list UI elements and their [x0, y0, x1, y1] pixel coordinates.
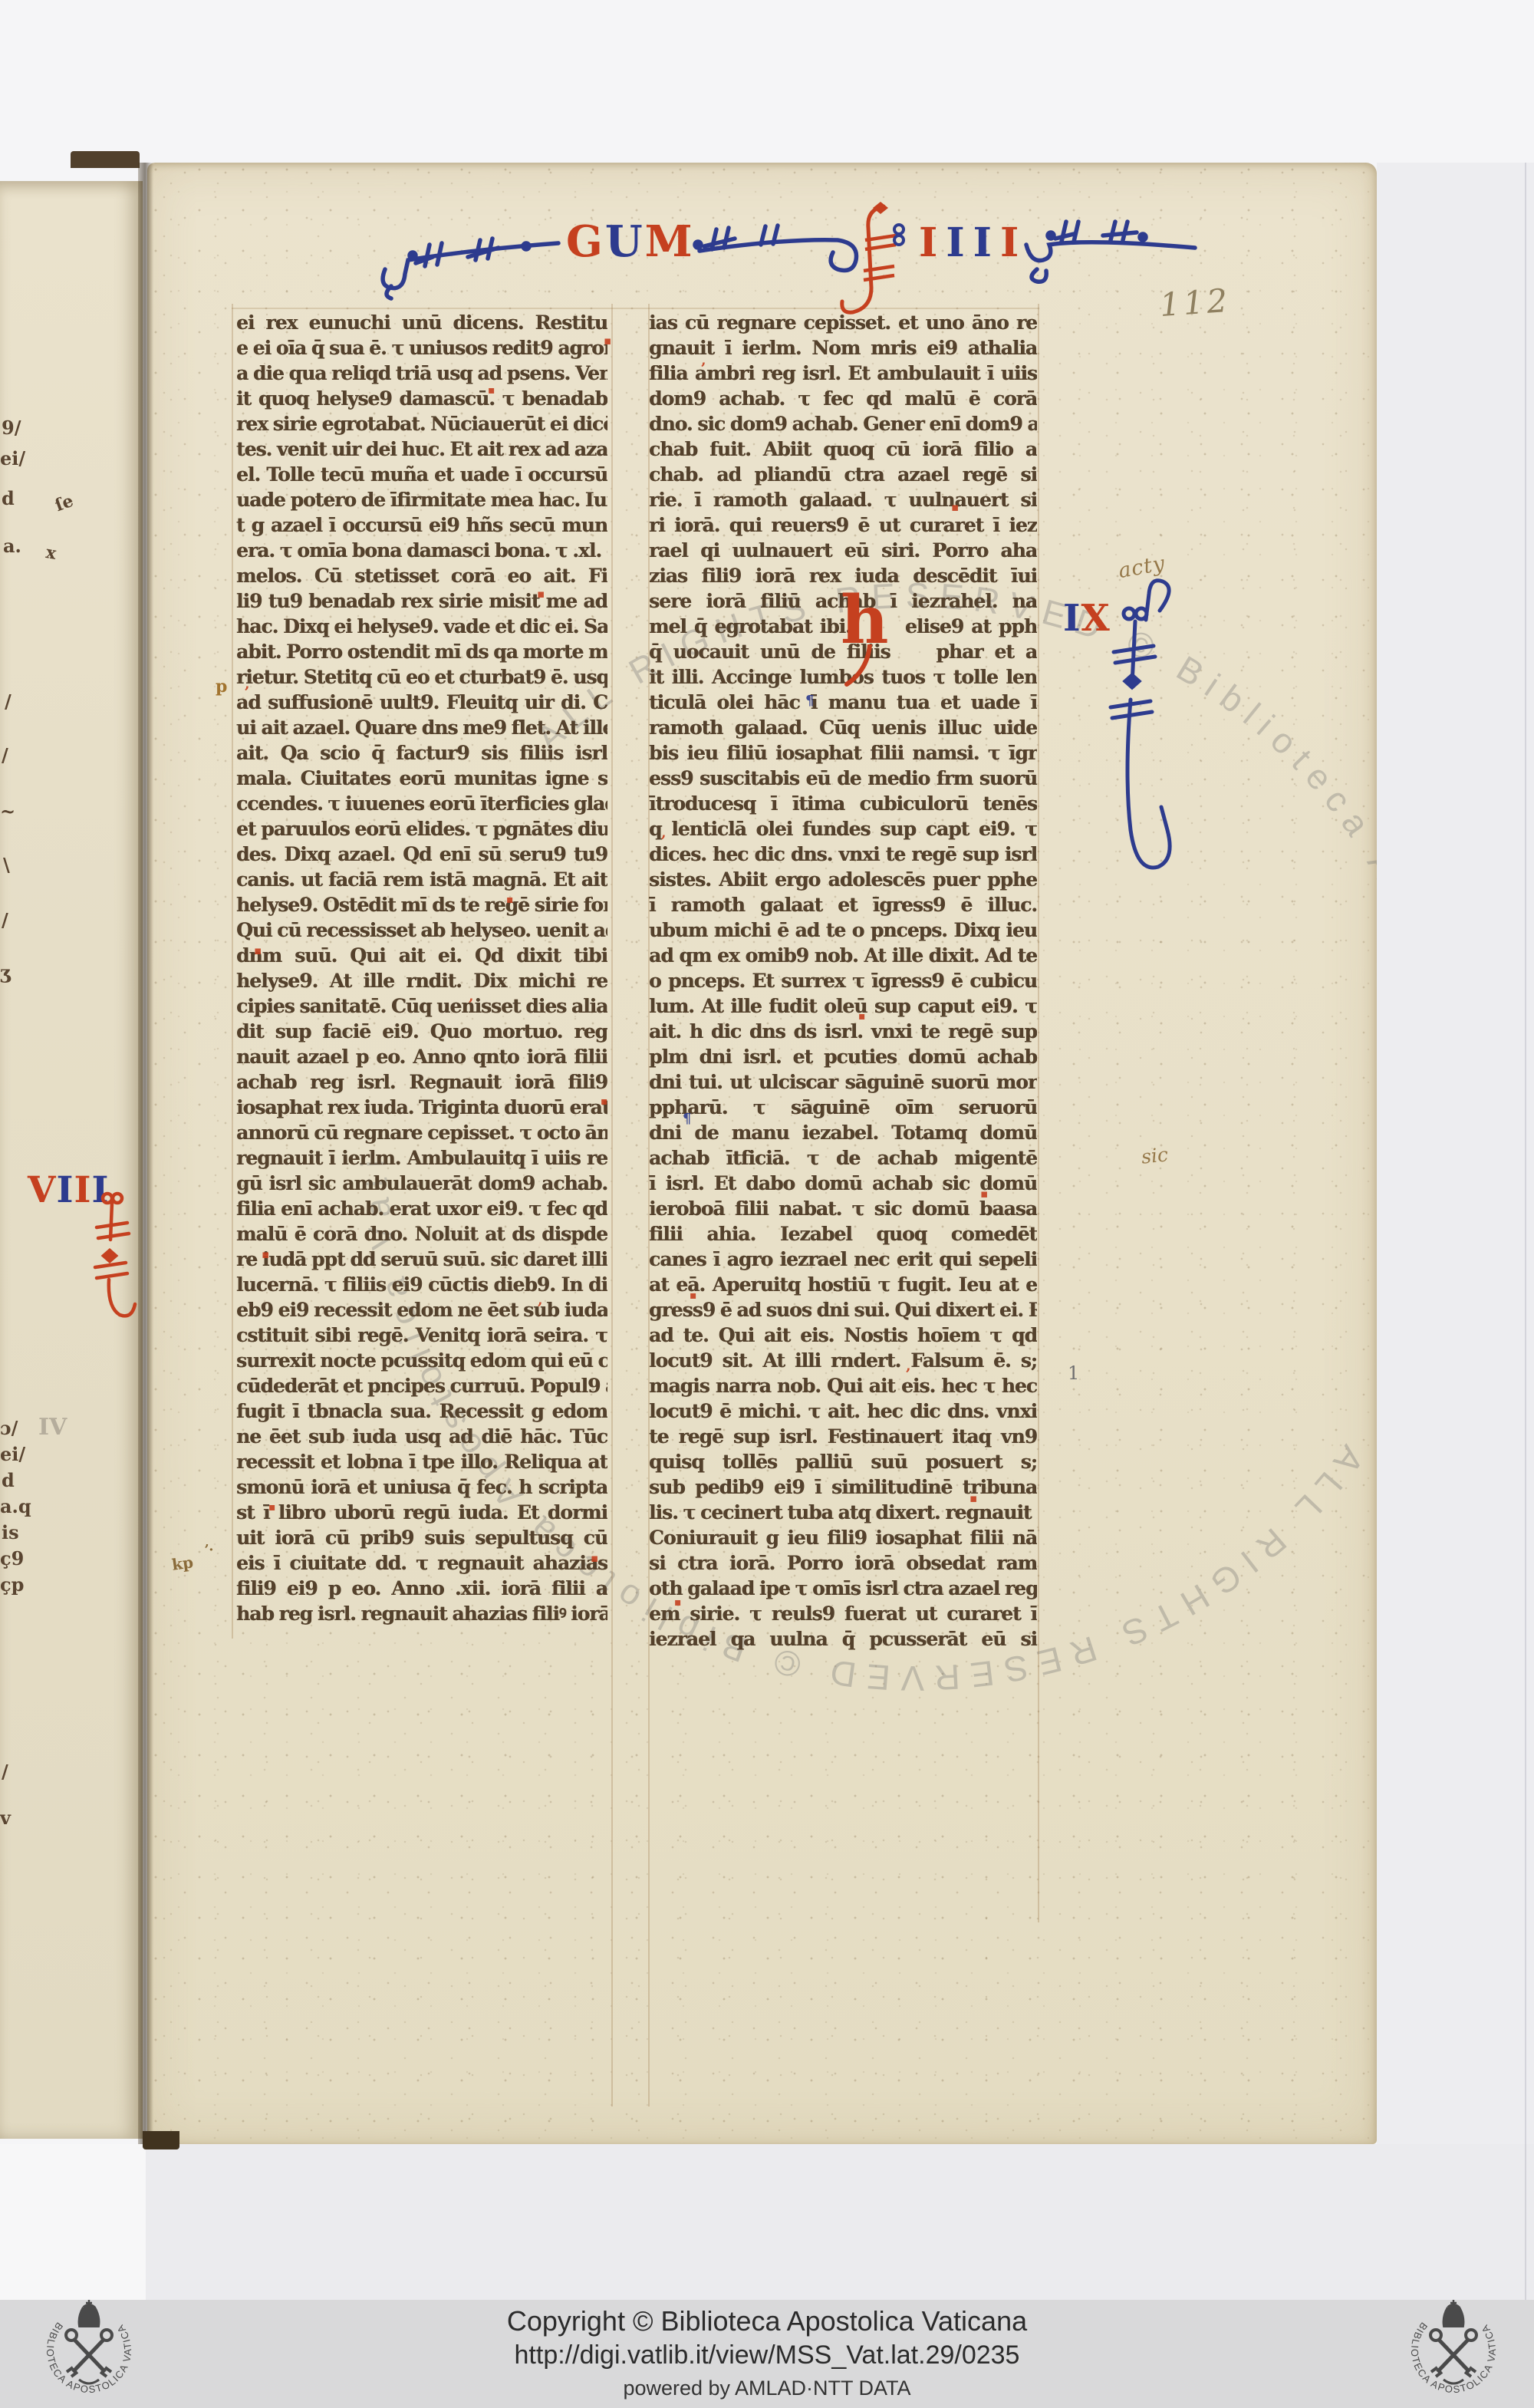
manuscript-text-line: melos. Cū stetisset corā eo ait. Fi	[236, 563, 607, 588]
manuscript-text-line: cūdederāt et pncipes curruū. Popul9 at	[236, 1373, 607, 1398]
manuscript-text-line: em sirie. τ reuls9 fuerat ut curaret ī	[649, 1601, 1037, 1626]
manuscript-text-line: canis. ut faciā rem istā magnā. Et ait	[236, 867, 607, 892]
manuscript-text-line: ad suffusionē uult9. Fleuitq uir di. C	[236, 690, 607, 715]
manuscript-text-line: ei rex eunuchi unū dicens. Restitu	[236, 310, 607, 335]
manuscript-text-line: uade potero de īfirmitate mea hac. Iui	[236, 487, 607, 512]
numeral-letter: I	[56, 1169, 74, 1211]
manuscript-text-line: dno. sic dom9 achab. Gener enī dom9 a	[649, 411, 1037, 436]
manuscript-text-line: achab reg isrl. Regnauit iorā fili9	[236, 1069, 607, 1095]
manuscript-text-line: filia enī achab. erat uxor ei9. τ fec qd	[236, 1196, 607, 1221]
manuscript-text-line: lum. At ille fudit oleū sup caput ei9. τ	[649, 993, 1037, 1019]
initial-h-descender	[844, 644, 877, 693]
manuscript-text-line: chab. ad pliandū ctra azael regē si	[649, 462, 1037, 487]
numeral-letter: V	[28, 1169, 56, 1211]
manuscript-text-line: ad te. Qui ait eis. Nostis hoīem τ qd	[649, 1323, 1037, 1348]
text-column-2: ias cū regnare cepisset. et uno āno regn…	[649, 310, 1037, 1652]
manuscript-text-line: achab ītficiā. τ de achab migentē	[649, 1145, 1037, 1171]
manuscript-text-line: canes ī agro iezrael nec erit qui sepeli	[649, 1247, 1037, 1272]
ruling-line	[1038, 304, 1039, 1922]
manuscript-text-line: annorū cū regnare cepisset. τ octo ānis	[236, 1120, 607, 1145]
manuscript-text-line: iosaphat rex iuda. Triginta duorū erat	[236, 1095, 607, 1120]
binding-notch-bottom	[143, 2131, 179, 2149]
manuscript-text-line: t g azael ī occursū ei9 hñs secū mun	[236, 512, 607, 538]
pencil-mark: 1	[1068, 1362, 1079, 1384]
manuscript-text-line: cstituit sibi regē. Venitq iorā seira. τ	[236, 1323, 607, 1348]
manuscript-text-line: fugit ī tbnacla sua. Recessit g edom	[236, 1398, 607, 1424]
manuscript-text-line: quisq tollēs palliū suū posuert s;	[649, 1449, 1037, 1474]
numeral-letter: I	[1063, 597, 1081, 640]
manuscript-text-line: ess9 suscitabis eū de medio frm suorū	[649, 766, 1037, 791]
manuscript-text-line: sub pedib9 ei9 ī similitudinē tribuna	[649, 1474, 1037, 1500]
chapter-viii-flourish	[91, 1188, 144, 1326]
manuscript-text-line: filii ahia. Iezabel quoq comedēt	[649, 1221, 1037, 1247]
manuscript-text-line: fili9 ei9 p eo. Anno .xii. iorā filii a	[236, 1576, 607, 1601]
manuscript-text-line: ppharū. τ sāguinē oīm seruorū	[649, 1095, 1037, 1120]
manuscript-text-line: it quoq helyse9 damascū. τ benadab	[236, 386, 607, 411]
manuscript-text-line: lis. τ cecinert tuba atq dixert. regnaui…	[649, 1500, 1037, 1525]
manuscript-text-line: ne ēet sub iuda usq ad diē hāc. Tūc	[236, 1424, 607, 1449]
manuscript-text-line: e ei oīa q̄ sua ē. τ uniusos redit9 agro…	[236, 335, 607, 361]
manuscript-text-line: rie. ī ramoth galaad. τ uulnauert si	[649, 487, 1037, 512]
running-header-title: GUM	[566, 216, 695, 267]
manuscript-text-line: oth galaad ipe τ omīs isrl ctra azael re…	[649, 1576, 1037, 1601]
manuscript-text-line: ait. Qa scio q̄ factur9 sis filiis isrl	[236, 740, 607, 766]
header-letter: U	[605, 216, 645, 267]
manuscript-text-line: li9 tu9 benadab rex sirie misit me ad	[236, 588, 607, 614]
footer-powered-by: powered by AMLAD·NTT DATA	[0, 2372, 1534, 2404]
manuscript-text-line: mala. Ciuitates eorū munitas igne s	[236, 766, 607, 791]
pen-flourish-right	[1026, 222, 1195, 282]
manuscript-text-line: smonū iorā et uniusa q̄ fec. h scripta	[236, 1474, 607, 1500]
manuscript-text-line: rietur. Stetitq cū eo et cturbat9 ē. usq	[236, 664, 607, 690]
manuscript-text-line: filia ambri reg isrl. Et ambulauit ī uii…	[649, 361, 1037, 386]
manuscript-text-line: Coniurauit g ieu fili9 iosaphat filii nā	[649, 1525, 1037, 1550]
manuscript-text-line: recessit et lobna ī tpe illo. Reliqua at	[236, 1449, 607, 1474]
footer-copyright: Copyright © Biblioteca Apostolica Vatica…	[0, 2304, 1534, 2338]
manuscript-text-line: helyse9. Ostēdit mī ds te regē sirie for…	[236, 892, 607, 917]
manuscript-text-line: si ctra iorā. Porro iorā obsedat ram	[649, 1550, 1037, 1576]
numeral-letter: I	[973, 219, 1000, 266]
marginal-gloss-side: sic	[1141, 1143, 1170, 1168]
manuscript-text-line: iezrael qa uulna q̄ pcusserāt eū si	[649, 1626, 1037, 1652]
digitized-manuscript-scan: ALL RIGHTS RESERVED © Biblioteca Apostol…	[0, 0, 1534, 2408]
manuscript-text-line: rex sirie egrotabat. Nūciauerūt ei dicē	[236, 411, 607, 436]
manuscript-text-line: Qui cū recessisset ab helyseo. uenit ad	[236, 917, 607, 943]
manuscript-text-line: helyse9. At ille rndit. Dix michi re	[236, 968, 607, 993]
manuscript-text-line: ticulā olei hāc ī manu tua et uade ī	[649, 690, 1037, 715]
manuscript-text-line: rael qi uulnauert eū siri. Porro aha	[649, 538, 1037, 563]
vatican-library-seal-right	[1396, 2297, 1511, 2408]
manuscript-text-line: locut9 sit. At illi rndert. Falsum ē. s;	[649, 1348, 1037, 1373]
header-letter: G	[566, 216, 605, 267]
manuscript-text-line: surrexit nocte pcussitq edom qui eū cir	[236, 1348, 607, 1373]
manuscript-text-line: regnauit ī ierlm. Ambulauitq ī uiis re	[236, 1145, 607, 1171]
ruling-line	[611, 304, 613, 2107]
background-bottom-left	[0, 2144, 146, 2301]
vatican-library-seal-left	[31, 2297, 146, 2408]
manuscript-text-line: dit sup faciē ei9. Quo mortuo. reg	[236, 1019, 607, 1044]
manuscript-text-line: dnm suū. Qui ait ei. Qd dixit tibi	[236, 943, 607, 968]
manuscript-text-line: ad qm ex omib9 nob. At ille dixit. Ad te	[649, 943, 1037, 968]
manuscript-text-line: et paruulos eorū elides. τ pgnātes diui	[236, 816, 607, 842]
background-bottom-right	[146, 2144, 1534, 2301]
manuscript-text-line: eis ī ciuitate dd. τ regnauit ahazias	[236, 1550, 607, 1576]
manuscript-text-line: ait. h dic dns ds isrl. vnxi te regē sup	[649, 1019, 1037, 1044]
manuscript-text-line: st ī libro uborū regū iuda. Et dormi	[236, 1500, 607, 1525]
manuscript-text-line: des. Dixq azael. Qd enī sū seru9 tu9	[236, 842, 607, 867]
background-right	[1377, 163, 1534, 2144]
header-letter: M	[645, 216, 695, 267]
running-header-book-numeral: IIII	[919, 219, 1027, 266]
manuscript-text-line: el. Tolle tecū muña et uade ī occursū	[236, 462, 607, 487]
manuscript-text-line: ī isrl. Et dabo domū achab sic domū	[649, 1171, 1037, 1196]
running-header-flourishes	[368, 196, 1204, 318]
manuscript-text-line: ri iorā. qui reuers9 ē ut curaret ī iez	[649, 512, 1037, 538]
manuscript-text-line: te regē sup isrl. Festinauert itaq vn9	[649, 1424, 1037, 1449]
manuscript-text-line: uit iorā cū prib9 suis sepultusq cū	[236, 1525, 607, 1550]
manuscript-text-line: dni tui. ut ulciscar sāguinē suorū mor	[649, 1069, 1037, 1095]
folio-number: 112	[1158, 282, 1231, 324]
manuscript-text-line: q lenticlā olei fundes sup capt ei9. τ	[649, 816, 1037, 842]
footer-url: http://digi.vatlib.it/view/MSS_Vat.lat.2…	[0, 2338, 1534, 2372]
manuscript-text-line: cipies sanitatē. Cūq uenisset dies alia.	[236, 993, 607, 1019]
manuscript-text-line: ītroducesq ī ītima cubiculorū tenēs	[649, 791, 1037, 816]
numeral-letter: I	[946, 219, 973, 266]
manuscript-text-line: o pnceps. Et surrex τ īgress9 ē cubicu	[649, 968, 1037, 993]
manuscript-text-line: ramoth galaad. Cūq uenis illuc uide	[649, 715, 1037, 740]
manuscript-text-line: sistes. Abiit ergo adolescēs puer pphe	[649, 867, 1037, 892]
manuscript-text-line: plm dni isrl. et pcuties domū achab	[649, 1044, 1037, 1069]
manuscript-text-line: era. τ omīa bona damasci bona. τ .xl. ca	[236, 538, 607, 563]
manuscript-text-line: gnauit ī ierlm. Nom mris ei9 athalia	[649, 335, 1037, 361]
manuscript-text-line: ubum michi ē ad te o pnceps. Dixq ieu	[649, 917, 1037, 943]
chapter-ix-flourish	[1097, 577, 1197, 907]
red-paraph-flourish	[842, 202, 904, 312]
pen-flourish-middle	[695, 226, 857, 271]
manuscript-text-line: ui ait azael. Quare dns me9 flet. At ill…	[236, 715, 607, 740]
manuscript-text-line: hac. Dixq ei helyse9. vade et dic ei. Sa…	[236, 614, 607, 639]
manuscript-text-line: it illi. Accinge lumbos tuos τ tolle len	[649, 664, 1037, 690]
text-column-1: ei rex eunuchi unū dicens. Restitue ei o…	[236, 310, 607, 1626]
manuscript-text-line: hab reg isrl. regnauit ahazias filiꝰ ior…	[236, 1601, 607, 1626]
manuscript-text-line: magis narra nob. Qui ait eis. hec τ hec	[649, 1373, 1037, 1398]
pen-flourish-left	[383, 239, 558, 298]
manuscript-text-line: malū ē corā dno. Noluit at ds dispde	[236, 1221, 607, 1247]
ruling-line	[232, 304, 233, 1639]
footer-text-block: Copyright © Biblioteca Apostolica Vatica…	[0, 2304, 1534, 2404]
manuscript-text-line: ieroboā filii nabat. τ sic domū baasa	[649, 1196, 1037, 1221]
numeral-letter: I	[1000, 219, 1027, 266]
numeral-letter: I	[74, 1169, 91, 1211]
manuscript-text-line: nauit azael p eo. Anno qnto iorā filii	[236, 1044, 607, 1069]
manuscript-text-line: abit. Porro ostendit mī ds qa morte mo	[236, 639, 607, 664]
manuscript-text-line: bis ieu filiū iosaphat filii namsi. τ īg…	[649, 740, 1037, 766]
manuscript-text-line: chab fuit. Abiit quoq cū iorā filio a	[649, 436, 1037, 462]
binding-tab-top	[71, 151, 140, 168]
book-gutter	[138, 163, 153, 2144]
manuscript-text-line: ccendes. τ iuuenes eorū īterficies gladi…	[236, 791, 607, 816]
scan-edge-artifact	[1525, 163, 1526, 2300]
numeral-letter: I	[919, 219, 946, 266]
manuscript-text-line: tes. venit uir dei huc. Et ait rex ad az…	[236, 436, 607, 462]
manuscript-text-line: dom9 achab. τ fec qd malū ē corā	[649, 386, 1037, 411]
manuscript-text-line: ī ramoth galaat et īgress9 ē illuc.	[649, 892, 1037, 917]
manuscript-text-line: locut9 ē michi. τ ait. hec dic dns. vnxi	[649, 1398, 1037, 1424]
manuscript-text-line: gū isrl sic ambulauerāt dom9 achab.	[236, 1171, 607, 1196]
manuscript-text-line: eb9 ei9 recessit edom ne ēet sub iuda. e…	[236, 1297, 607, 1323]
manuscript-text-line: ias cū regnare cepisset. et uno āno re	[649, 310, 1037, 335]
manuscript-text-line: a die qua reliqd triā usq ad psens. Ven	[236, 361, 607, 386]
manuscript-text-line: dices. hec dic dns. vnxi te regē sup isr…	[649, 842, 1037, 867]
manuscript-text-line: re iudā ppt dd seruū suū. sic daret illi	[236, 1247, 607, 1272]
manuscript-text-line: at eā. Aperuitq hostiū τ fugit. Ieu at e	[649, 1272, 1037, 1297]
facing-page-edge	[0, 181, 143, 2139]
manuscript-text-line: dni de manu iezabel. Totamq domū	[649, 1120, 1037, 1145]
manuscript-text-line: lucernā. τ filiis ei9 cūctis dieb9. In d…	[236, 1272, 607, 1297]
manuscript-text-line: gress9 ē ad suos dni sui. Qui dixert ei.…	[649, 1297, 1037, 1323]
